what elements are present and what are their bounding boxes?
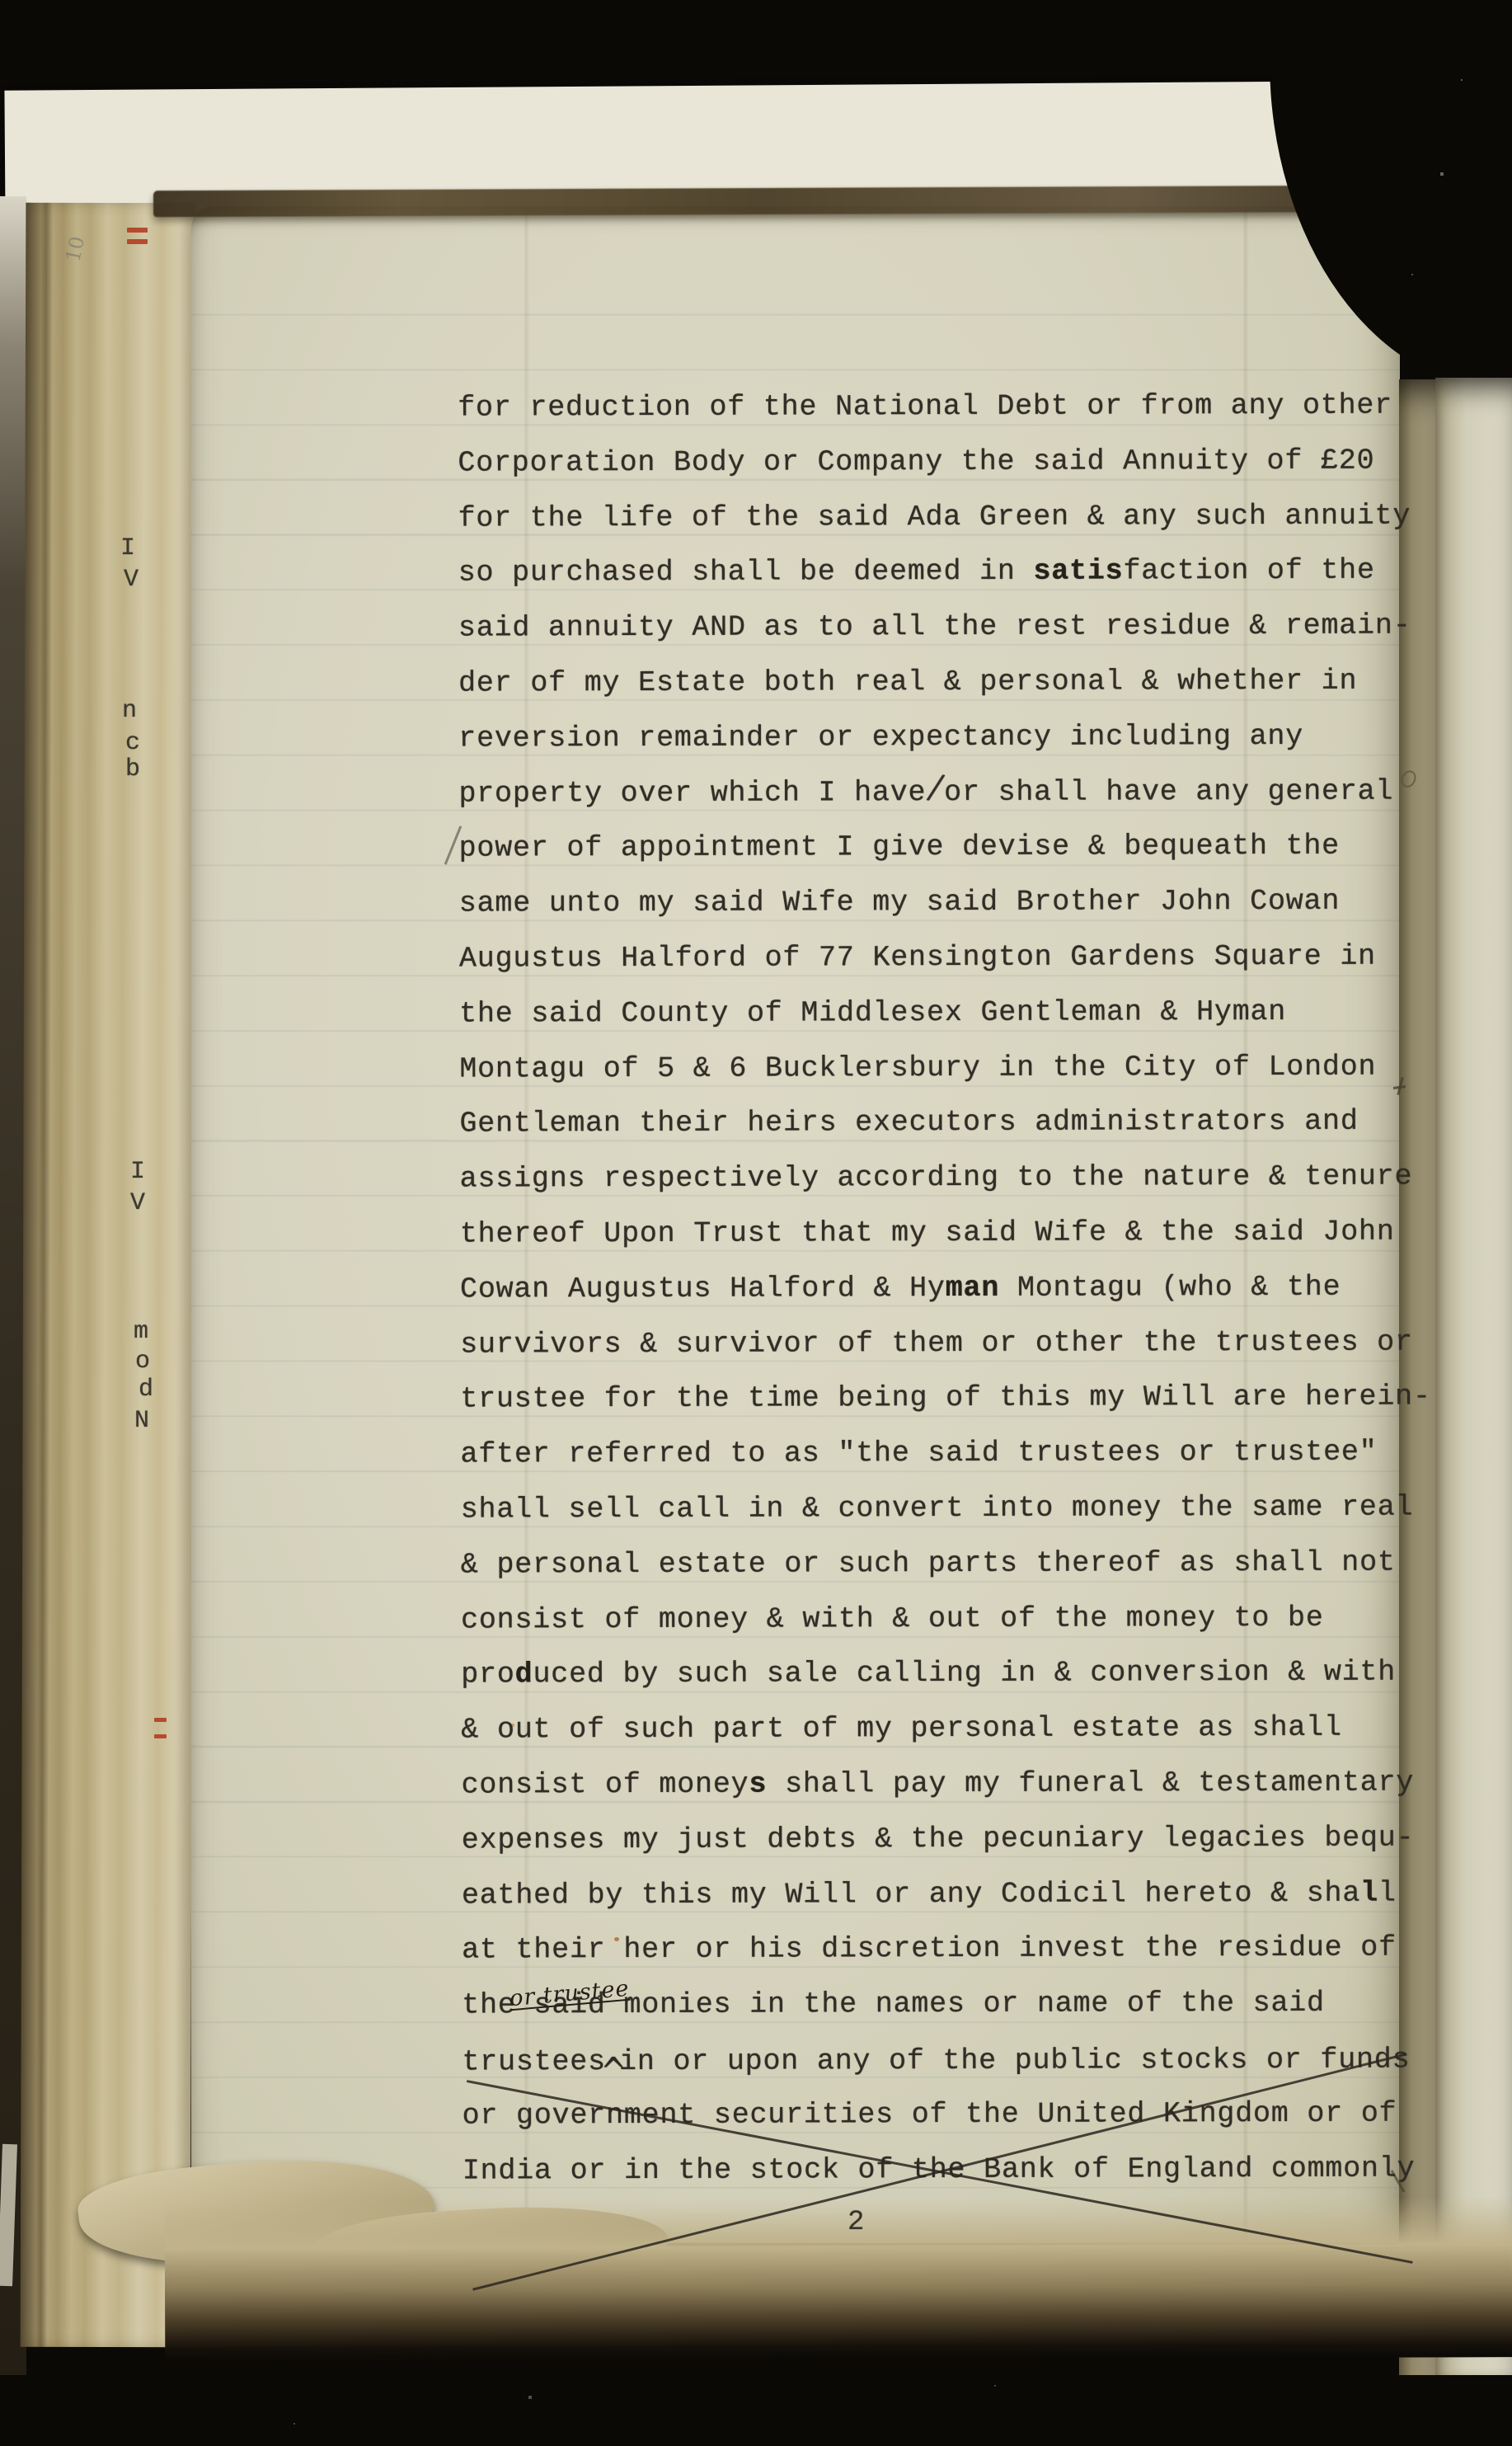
typed-line: & out of such part of my personal estate… [461,1700,1417,1758]
red-check-mark [127,228,148,233]
text-segment: said annuity AND as to all the rest resi… [458,609,1411,645]
edge-letter: N [134,1407,149,1435]
text-segment: Montagu of 5 & 6 Bucklersbury in the Cit… [459,1050,1376,1085]
typed-line: Cowan Augustus Halford & Hyman Montagu (… [460,1259,1416,1317]
typed-line: thereof Upon Trust that my said Wife & t… [460,1204,1416,1262]
typed-line: same unto my said Wife my said Brother J… [459,874,1416,932]
typed-line: or government securities of the United K… [463,2086,1419,2143]
text-segment: power of appointment I give devise & beq… [459,830,1340,865]
red-check-mark [127,239,148,244]
text-segment: uced by such sale calling in & conversio… [533,1656,1396,1691]
typed-line: & personal estate or such parts thereof … [461,1535,1417,1592]
text-segment: stock of the Bank of England commonly [732,2152,1416,2186]
edge-letter: V [124,566,139,594]
text-segment: the said County of Middlesex Gentleman &… [459,995,1286,1031]
text-segment: trustee for the time being of this my Wi… [460,1381,1430,1416]
struck-word: the [678,2153,732,2186]
text-segment: or shall have any general [944,774,1393,808]
edge-letter: I [120,534,135,562]
text-segment: d [515,1658,533,1691]
edge-letter: c [125,729,140,757]
text-segment: eathed by this my Will or any Codicil he… [462,1876,1360,1912]
text-segment: Augustus Halford of 77 Kensington Garden… [459,940,1376,976]
edge-letter: I [130,1158,145,1186]
text-segment: & out of such part of my personal estate… [461,1711,1341,1747]
page-number: 2 [848,2207,864,2238]
text-segment: Gentleman their heirs executors administ… [459,1105,1358,1141]
red-check-mark [154,1734,167,1738]
text-segment: Montagu (who & the [999,1270,1341,1304]
text-segment: expenses my just debts & the pecuniary l… [462,1821,1415,1856]
text-segment: reversion remainder or expectancy includ… [458,720,1303,755]
typed-line: consist of moneys shall pay my funeral &… [461,1755,1417,1813]
typed-line: Gentleman their heirs executors administ… [459,1094,1416,1152]
typed-line: der of my Estate both real & personal & … [458,653,1415,711]
text-segment: Corporation Body or Company the said Ann… [458,444,1374,479]
text-segment: after referred to as "the said trustees … [460,1436,1377,1471]
typed-line: shall sell call in & convert into money … [461,1479,1417,1537]
typed-text-block: for reduction of the National Debt or fr… [458,378,1419,2198]
typed-line: Montagu of 5 & 6 Bucklersbury in the Cit… [459,1039,1416,1097]
text-segment: thereof Upon Trust that my said Wife & t… [460,1216,1395,1251]
edge-letter: b [125,755,140,783]
typed-line: said annuity AND as to all the rest resi… [458,599,1415,656]
typed-line: trustee for the time being of this my Wi… [460,1370,1416,1428]
typed-line: produced by such sale calling in & conve… [461,1645,1417,1703]
text-segment: consist of money & with & out of the mon… [461,1601,1324,1636]
text-segment: or government securities of the United K… [463,2096,1397,2132]
text-segment: assigns respectively according to the na… [460,1160,1413,1196]
edge-letter: d [139,1376,153,1404]
text-segment: shall sell call in & convert into money … [461,1490,1414,1526]
text-segment: shall pay my funeral & testamentary [767,1766,1414,1800]
bottom-edge-shadow [165,2196,1512,2362]
text-segment: consist of money [462,1768,749,1802]
typed-line: the said County of Middlesex Gentleman &… [459,984,1416,1042]
text-segment: trustees [462,2045,606,2078]
typed-line: India or in the stock of the Bank of Eng… [463,2141,1419,2199]
edge-letter: o [135,1348,150,1376]
text-segment: at their her or his discretion invest th… [462,1931,1397,1967]
text-segment: in or upon any of the public stocks or f… [619,2043,1410,2078]
text-segment: Cowan Augustus Halford & Hy [460,1272,946,1306]
typed-line: survivors & survivor of them or other th… [460,1315,1416,1372]
edge-letter: V [130,1189,145,1217]
text-segment: man [946,1272,1000,1305]
typed-line: Augustus Halford of 77 Kensington Garden… [459,929,1416,986]
edge-letter: n [122,697,137,725]
text-segment: for the life of the said Ada Green & any… [458,499,1411,534]
text-segment: survivors & survivor of them or other th… [460,1325,1413,1361]
typed-line: for the life of the said Ada Green & any… [458,488,1414,546]
text-segment: so purchased shall be deemed in [458,555,1034,590]
text-segment: faction of the [1123,554,1374,588]
text-segment: s [749,1767,767,1800]
torn-top-edge [153,186,1372,217]
dust-specks [0,0,2,2]
typed-line: Corporation Body or Company the said Ann… [458,433,1414,491]
typed-line: after referred to as "the said trustees … [460,1425,1416,1483]
text-segment: for reduction of the National Debt or fr… [458,389,1392,425]
facing-page-edge [1435,378,1512,2375]
typed-line: expenses my just debts & the pecuniary l… [462,1810,1418,1868]
text-segment: der of my Estate both real & personal & … [458,665,1357,700]
edge-letter: m [134,1318,148,1346]
text-segment: pro [461,1658,515,1691]
typed-line: for reduction of the National Debt or fr… [458,378,1414,435]
typed-line: at their her or his discretion invest th… [462,1921,1418,1978]
photo-backdrop: I V n c b I V m o d N 10 for reduction o… [0,0,1512,2446]
binding-page-edges [21,203,196,2348]
typed-line: power of appointment I give devise & beq… [459,819,1416,877]
text-segment: l [1360,1876,1378,1909]
typed-line: so purchased shall be deemed in satisfac… [458,543,1415,601]
typed-line: trustees^in or upon any of the public st… [462,2030,1418,2088]
typed-line: consist of money & with & out of the mon… [461,1590,1417,1648]
text-segment: l [1378,1876,1397,1909]
text-segment: same unto my said Wife my said Brother J… [459,885,1340,920]
red-check-mark [154,1718,167,1722]
text-segment: India or in [463,2153,679,2187]
typed-line: assigns respectively according to the na… [460,1150,1416,1207]
text-segment: & personal estate or such parts thereof … [461,1545,1396,1581]
text-segment: property over which I have [458,776,926,810]
typed-line: property over which I have/or shall have… [458,764,1415,821]
text-segment: satis [1033,555,1123,588]
typed-line: eathed by this my Will or any Codicil he… [462,1865,1418,1923]
